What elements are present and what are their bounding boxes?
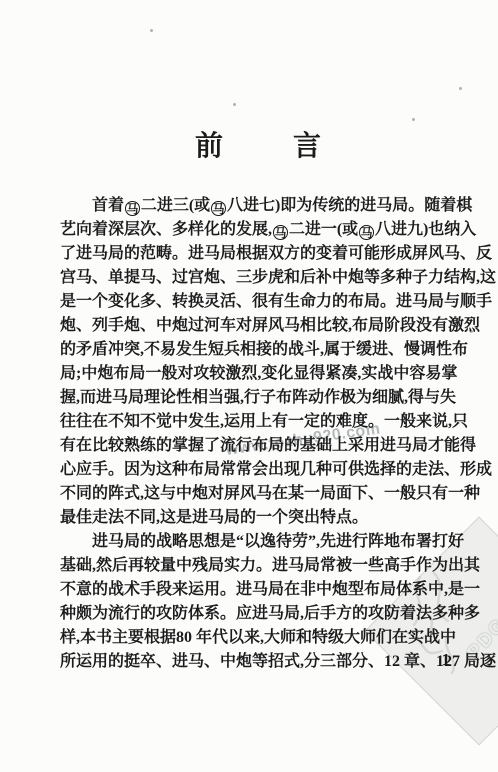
circled-horse-piece: 马	[273, 225, 288, 240]
text-line: 炮、列手炮、中炮过河车对屏风马相比较,布局阶段没有激烈	[60, 314, 456, 338]
page-title: 前 言	[60, 124, 456, 164]
noise-speck	[150, 29, 153, 32]
text-line: 了进马局的范畴。进马局根据双方的变着可能形成屏风马、反	[60, 242, 456, 266]
text-line: 首着马二进三(或马八进七)即为传统的进马局。随着棋	[60, 194, 456, 218]
text-line: 基础,然后再较量中残局实力。进马局常被一些高手作为出其	[60, 554, 456, 578]
text-line: 样,本书主要根据80 年代以来,大师和特级大师们在实战中	[60, 626, 456, 650]
book-page: PDG www.fozhu920.com 前 言 首着马二进三(或马八进七)即为…	[0, 0, 498, 772]
circled-horse-piece: 马	[125, 201, 140, 216]
text-line: 宫马、单提马、过宫炮、三步虎和后补中炮等多种子力结构,这	[60, 266, 456, 290]
noise-speck	[233, 103, 236, 106]
title-char-2: 言	[293, 124, 321, 164]
text-line: 有在比较熟练的掌握了流行布局的基础上采用进马局才能得	[60, 434, 456, 458]
noise-speck	[459, 87, 462, 90]
text-line: 握,而进马局理论性相当强,行子布阵动作极为细腻,得与失	[60, 386, 456, 410]
text-line: 往往在不知不觉中发生,运用上有一定的难度。一般来说,只	[60, 410, 456, 434]
text-line: 不意的战术手段来运用。进马局在非中炮型布局体系中,是一	[60, 578, 456, 602]
text-line: 的矛盾冲突,不易发生短兵相接的战斗,属于缓进、慢调性布	[60, 338, 456, 362]
text-line: 不同的阵式,这与中炮对屏风马在某一局面下、一般只有一种	[60, 482, 456, 506]
title-char-1: 前	[195, 124, 223, 164]
text-line: 进马局的战略思想是“以逸待劳”,先进行阵地布署打好	[60, 530, 456, 554]
text-line: 最佳走法不同,这是进马局的一个突出特点。	[60, 506, 456, 530]
body-text: 首着马二进三(或马八进七)即为传统的进马局。随着棋艺向着深层次、多样化的发展,马…	[60, 194, 456, 674]
page-number: 1	[442, 650, 451, 670]
text-line: 所运用的挺卒、进马、中炮等招式,分三部分、12 章、127 局逐	[60, 650, 456, 674]
text-line: 心应手。因为这种布局常常会出现几种可供选择的走法、形成	[60, 458, 456, 482]
text-line: 是一个变化多、转换灵活、很有生命力的布局。进马局与顺手	[60, 290, 456, 314]
text-line: 种颇为流行的攻防体系。应进马局,后手方的攻防着法多种多	[60, 602, 456, 626]
circled-horse-piece: 马	[359, 225, 374, 240]
text-line: 局;中炮布局一般对攻较激烈,变化显得紧凑,实战中容易掌	[60, 362, 456, 386]
noise-speck	[412, 118, 415, 121]
text-line: 艺向着深层次、多样化的发展,马二进一(或马八进九)也纳入	[60, 218, 456, 242]
circled-horse-piece: 马	[211, 201, 226, 216]
